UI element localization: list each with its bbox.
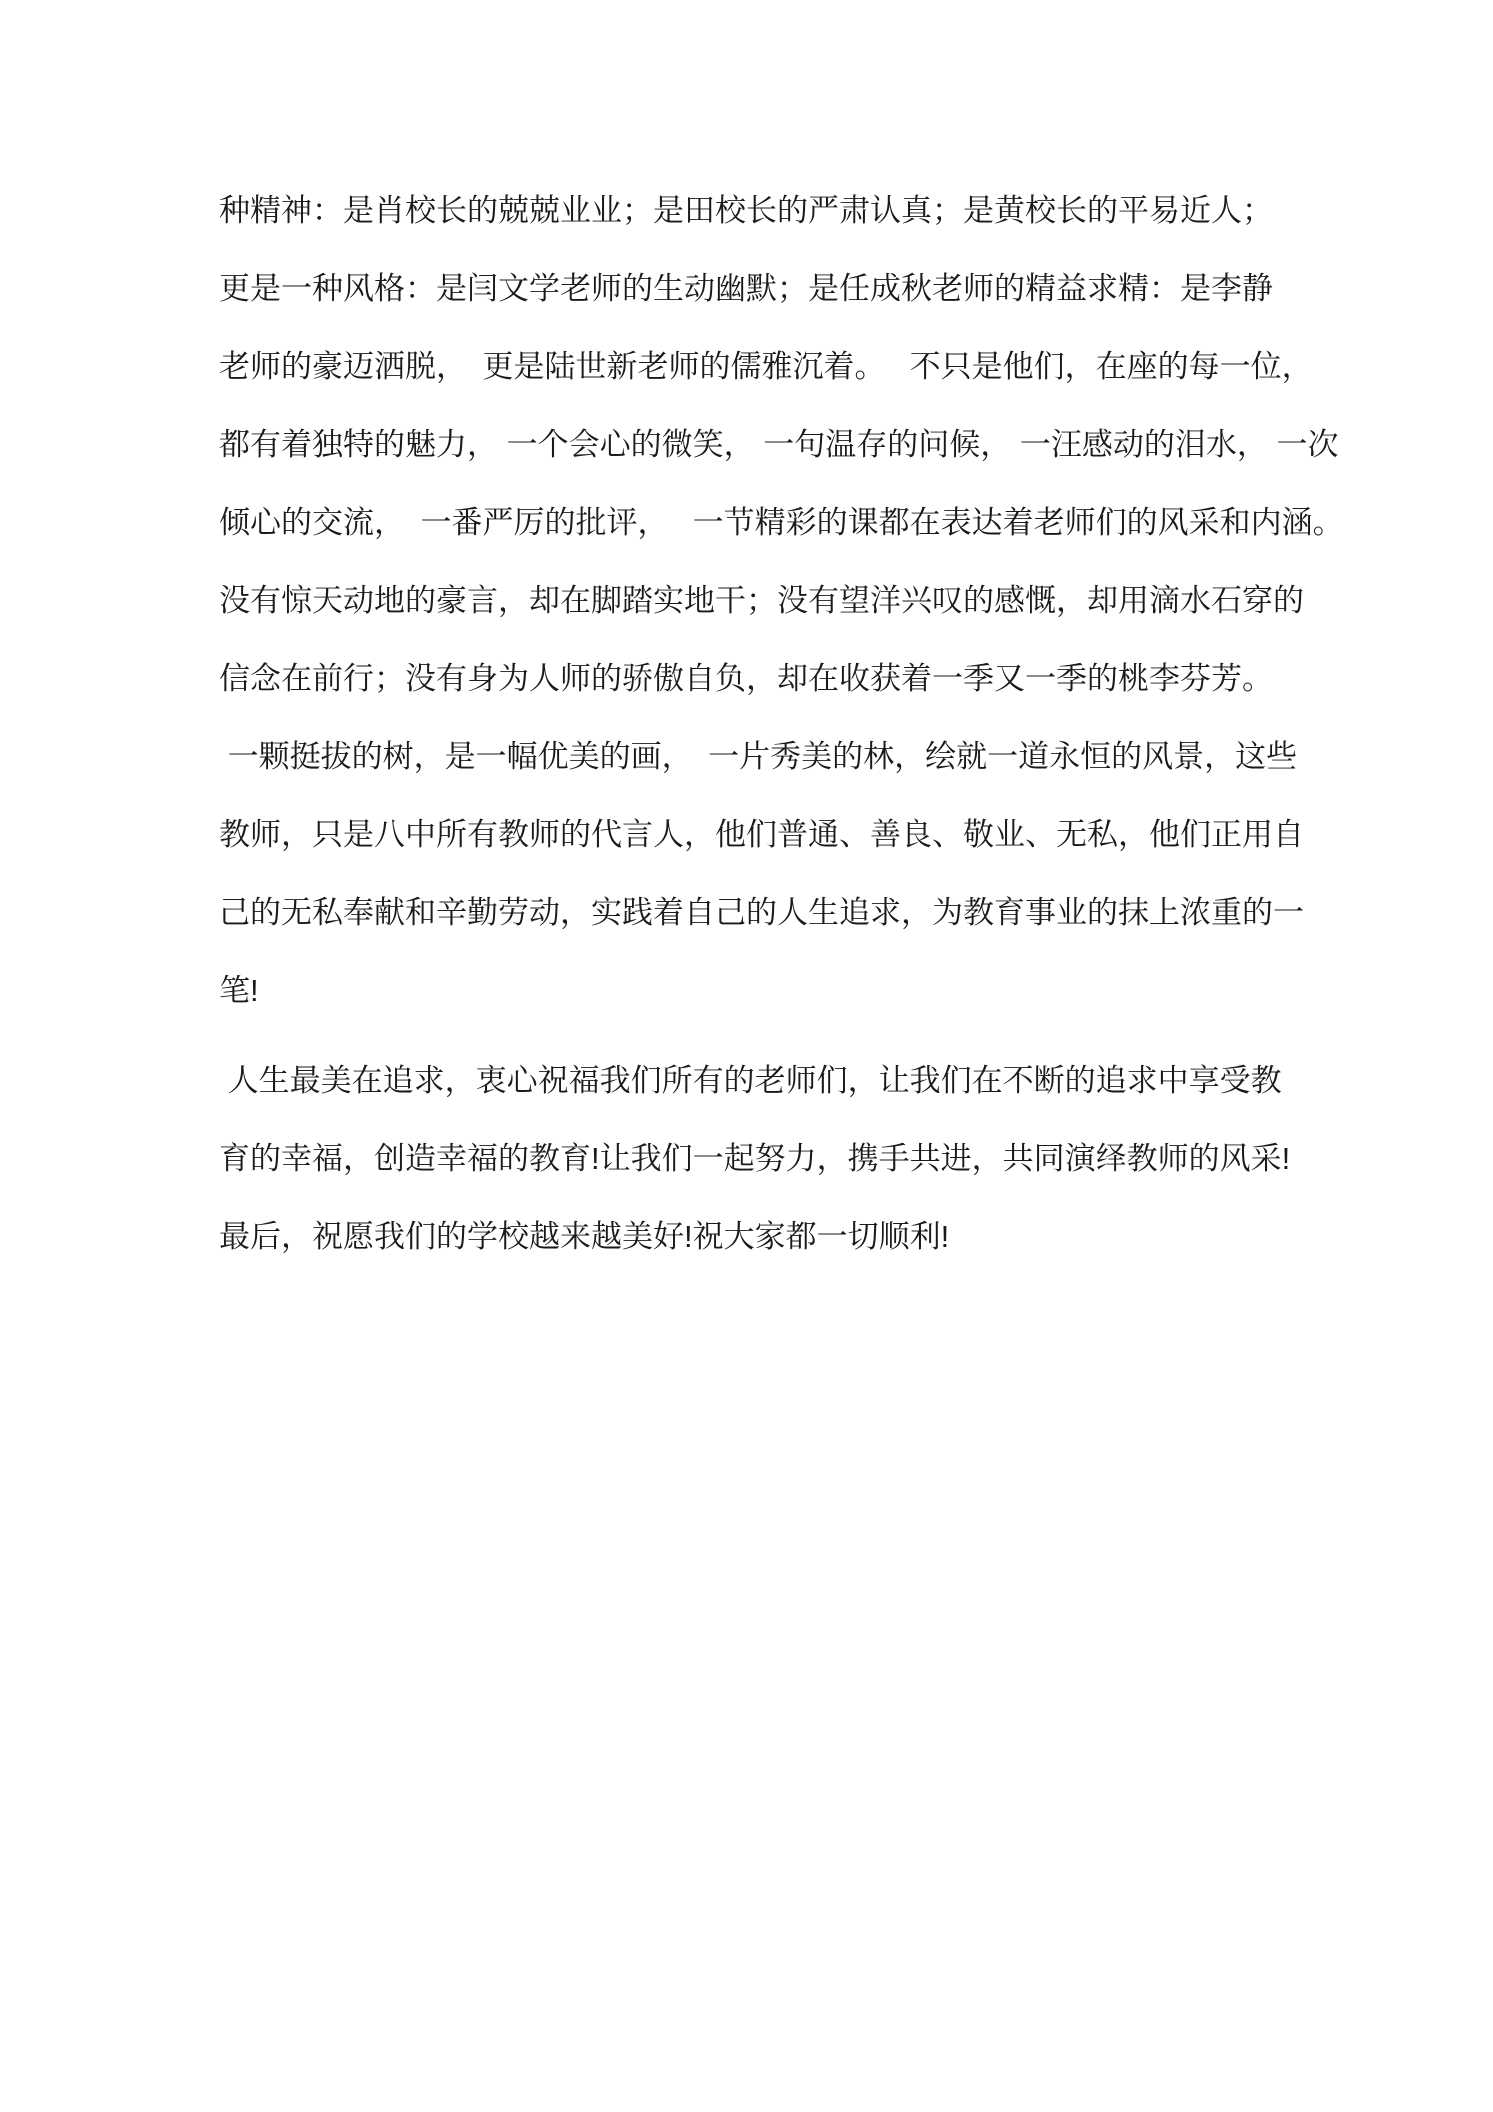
- paragraph-1: 种精神：是肖校长的兢兢业业；是田校长的严肃认真；是黄校长的平易近人； 更是一种风…: [219, 172, 1373, 718]
- text-line: 倾心的交流， 一番严厉的批评， 一节精彩的课都在表达着老师们的风采和内涵。: [219, 484, 1373, 562]
- text-line: 人生最美在追求，衷心祝福我们所有的老师们，让我们在不断的追求中享受教: [219, 1042, 1373, 1120]
- text-line: 信念在前行；没有身为人师的骄傲自负，却在收获着一季又一季的桃李芬芳。: [219, 640, 1373, 718]
- text-line: 种精神：是肖校长的兢兢业业；是田校长的严肃认真；是黄校长的平易近人；: [219, 172, 1373, 250]
- text-line: 育的幸福，创造幸福的教育!让我们一起努力，携手共进，共同演绎教师的风采!: [219, 1120, 1373, 1198]
- text-line: 更是一种风格：是闫文学老师的生动幽默；是任成秋老师的精益求精：是李静: [219, 250, 1373, 328]
- document-page: 种精神：是肖校长的兢兢业业；是田校长的严肃认真；是黄校长的平易近人； 更是一种风…: [0, 0, 1493, 2112]
- paragraph-3: 人生最美在追求，衷心祝福我们所有的老师们，让我们在不断的追求中享受教 育的幸福，…: [219, 1042, 1373, 1276]
- text-line: 最后，祝愿我们的学校越来越美好!祝大家都一切顺利!: [219, 1198, 1373, 1276]
- text-line: 都有着独特的魅力， 一个会心的微笑， 一句温存的问候， 一汪感动的泪水， 一次: [219, 406, 1373, 484]
- text-line: 一颗挺拔的树，是一幅优美的画， 一片秀美的林，绘就一道永恒的风景，这些: [219, 718, 1373, 796]
- text-line: 笔!: [219, 952, 1373, 1030]
- text-line: 教师，只是八中所有教师的代言人，他们普通、善良、敬业、无私，他们正用自: [219, 796, 1373, 874]
- text-line: 老师的豪迈洒脱， 更是陆世新老师的儒雅沉着。 不只是他们，在座的每一位，: [219, 328, 1373, 406]
- document-body-text: 种精神：是肖校长的兢兢业业；是田校长的严肃认真；是黄校长的平易近人； 更是一种风…: [219, 172, 1373, 1276]
- text-line: 己的无私奉献和辛勤劳动，实践着自己的人生追求，为教育事业的抹上浓重的一: [219, 874, 1373, 952]
- paragraph-2: 一颗挺拔的树，是一幅优美的画， 一片秀美的林，绘就一道永恒的风景，这些 教师，只…: [219, 718, 1373, 1030]
- text-line: 没有惊天动地的豪言，却在脚踏实地干；没有望洋兴叹的感慨，却用滴水石穿的: [219, 562, 1373, 640]
